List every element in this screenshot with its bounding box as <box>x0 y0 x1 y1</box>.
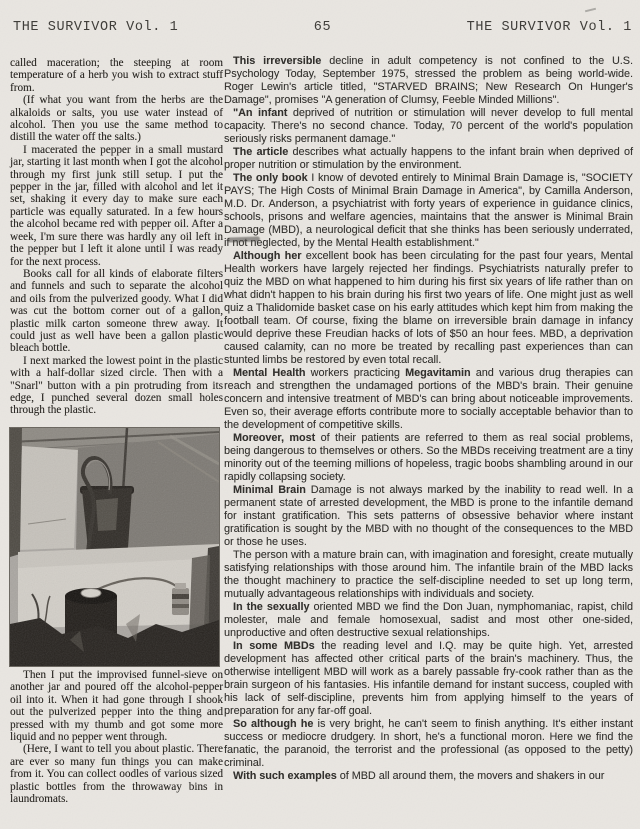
paragraph: Moreover, most of their patients are ref… <box>224 432 633 484</box>
left-column-bottom-text: Then I put the improvised funnel-sieve o… <box>10 669 223 805</box>
header-left-title: THE SURVIVOR Vol. 1 <box>13 20 178 35</box>
paragraph: Books call for all kinds of elaborate fi… <box>10 268 223 355</box>
header-right-title: THE SURVIVOR Vol. 1 <box>467 20 632 35</box>
text-segment: of MBD all around them, the movers and s… <box>337 770 605 782</box>
text-segment: Books call for all kinds of elaborate fi… <box>10 268 223 354</box>
bold-text-segment: With such examples <box>233 770 337 782</box>
paragraph: (Here, I want to tell you about plastic.… <box>10 743 223 805</box>
paragraph: So although he is very bright, he can't … <box>224 718 633 770</box>
left-column-top-text: called maceration; the steeping at room … <box>10 57 223 417</box>
bold-text-segment: Moreover, most <box>233 432 315 444</box>
bold-text-segment: Mental Health <box>233 367 305 379</box>
paragraph: Although her excellent book has been cir… <box>224 250 633 367</box>
text-segment: (If what you want from the herbs are the… <box>10 94 223 143</box>
bold-text-segment: This irreversible <box>233 55 321 67</box>
bold-text-segment: The only book <box>233 172 308 184</box>
scan-mark-artifact <box>585 8 596 13</box>
text-segment: I next marked the lowest point in the pl… <box>10 355 223 417</box>
paragraph: Mental Health workers practicing Megavit… <box>224 367 633 432</box>
paragraph: In the sexually oriented MBD we find the… <box>224 601 633 640</box>
still-photo-figure <box>10 428 219 666</box>
paragraph: (If what you want from the herbs are the… <box>10 94 223 144</box>
bold-text-segment: Although her <box>233 250 301 262</box>
paragraph: In some MBDs the reading level and I.Q. … <box>224 640 633 718</box>
still-photo-image <box>10 428 219 666</box>
bold-text-segment: So although he <box>233 718 313 730</box>
paragraph: Minimal Brain Damage is not always marke… <box>224 484 633 549</box>
page-header: THE SURVIVOR Vol. 1 65 THE SURVIVOR Vol.… <box>13 20 632 35</box>
text-segment: workers practicing <box>305 367 405 379</box>
right-column-text: This irreversible decline in adult compe… <box>224 55 633 783</box>
paragraph: called maceration; the steeping at room … <box>10 57 223 94</box>
paragraph: I next marked the lowest point in the pl… <box>10 355 223 417</box>
text-segment: The person with a mature brain can, with… <box>224 549 633 600</box>
paragraph: I macerated the pepper in a small mustar… <box>10 144 223 268</box>
bold-text-segment: The article <box>233 146 288 158</box>
bold-text-segment: In some MBDs <box>233 640 315 652</box>
text-segment: excellent book has been circulating for … <box>224 250 633 366</box>
paragraph: The person with a mature brain can, with… <box>224 549 633 601</box>
bold-text-segment: "An infant <box>233 107 287 119</box>
text-segment: I macerated the pepper in a small mustar… <box>10 144 223 268</box>
page-number: 65 <box>314 20 331 35</box>
paragraph: The only book I know of devoted entirely… <box>224 172 633 250</box>
text-segment: called maceration; the steeping at room … <box>10 57 223 94</box>
page: THE SURVIVOR Vol. 1 65 THE SURVIVOR Vol.… <box>0 0 640 829</box>
paragraph: Then I put the improvised funnel-sieve o… <box>10 669 223 743</box>
paragraph: "An infant deprived of nutrition or stim… <box>224 107 633 146</box>
paragraph: The article describes what actually happ… <box>224 146 633 172</box>
text-segment: Then I put the improvised funnel-sieve o… <box>10 669 223 743</box>
text-segment: (Here, I want to tell you about plastic.… <box>10 743 223 805</box>
bold-text-segment: Minimal Brain <box>233 484 306 496</box>
bold-text-segment: In the sexually <box>233 601 309 613</box>
bold-text-segment: Megavitamin <box>405 367 470 379</box>
paragraph: This irreversible decline in adult compe… <box>224 55 633 107</box>
paragraph: With such examples of MBD all around the… <box>224 770 633 783</box>
